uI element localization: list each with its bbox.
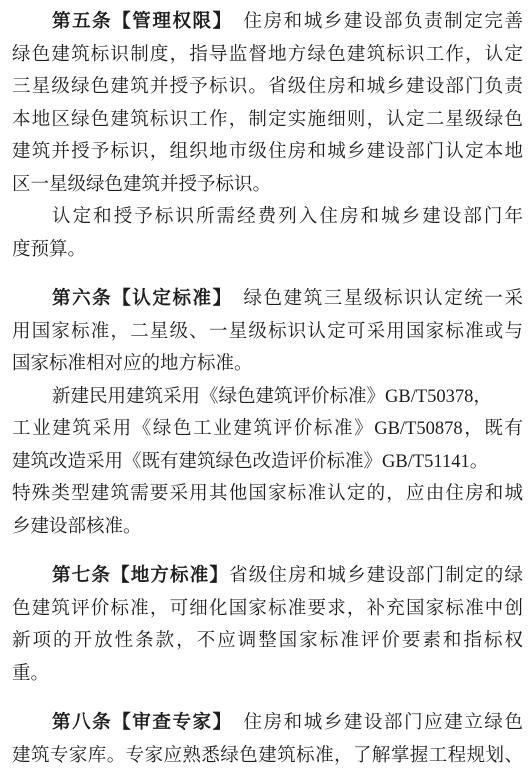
text-line: 区一星级绿色建筑并授予标识。 (12, 169, 523, 202)
article-heading-line: 第五条【管理权限】 住房和城乡建设部负责制定完善 (12, 6, 523, 39)
text-line: 新项的开放性条款，不应调整国家标准评价要素和指标权 (12, 625, 523, 658)
text-line: 重。 (12, 658, 523, 691)
text-line: 工业建筑采用《绿色工业建筑评价标准》GB/T50878，既有 (12, 413, 523, 446)
line-text: 本地区绿色建筑标识工作，制定实施细则，认定二星级绿色 (12, 110, 523, 130)
line-text: 认定和授予标识所需经费列入住房和城乡建设部门年 (52, 207, 523, 227)
article-heading: 第八条【审查专家】 (52, 713, 223, 733)
line-text: 省级住房和城乡建设部门制定的绿 (229, 566, 523, 586)
line-text: 用国家标准，二星级、一星级标识认定可采用国家标准或与 (12, 322, 523, 342)
line-text: 新建民用建筑采用《绿色建筑评价标准》GB/T50378， (52, 387, 492, 407)
line-text: 区一星级绿色建筑并授予标识。 (12, 175, 271, 195)
article-heading-line: 第六条【认定标准】 绿色建筑三星级标识认定统一采 (12, 283, 523, 316)
text-line: 本地区绿色建筑标识工作，制定实施细则，认定二星级绿色 (12, 104, 523, 137)
article-heading-line: 第七条【地方标准】省级住房和城乡建设部门制定的绿 (12, 560, 523, 593)
line-text: 住房和城乡建设部门应建立绿色 (223, 713, 523, 733)
text-line: 新建民用建筑采用《绿色建筑评价标准》GB/T50378， (12, 381, 523, 414)
line-text: 工业建筑采用《绿色工业建筑评价标准》GB/T50878，既有 (12, 419, 523, 439)
line-text: 绿色建筑标识制度，指导监督地方绿色建筑标识工作，认定 (12, 45, 523, 65)
line-text: 三星级绿色建筑并授予标识。省级住房和城乡建设部门负责 (12, 77, 523, 97)
text-line: 用国家标准，二星级、一星级标识认定可采用国家标准或与 (12, 316, 523, 349)
text-line: 建筑专家库。专家应熟悉绿色建筑标准，了解掌握工程规划、 (12, 740, 523, 773)
text-line: 建筑并授予标识，组织地市级住房和城乡建设部门认定本地 (12, 136, 523, 169)
text-line: 绿色建筑标识制度，指导监督地方绿色建筑标识工作，认定 (12, 39, 523, 72)
text-line: 色建筑评价标准，可细化国家标准要求，补充国家标准中创 (12, 593, 523, 626)
article-heading: 第五条【管理权限】 (52, 12, 223, 32)
article-heading: 第七条【地方标准】 (52, 566, 229, 586)
line-text: 住房和城乡建设部负责制定完善 (223, 12, 523, 32)
line-text: 重。 (12, 664, 49, 684)
line-text: 色建筑评价标准，可细化国家标准要求，补充国家标准中创 (12, 599, 523, 619)
line-text: 建筑专家库。专家应熟悉绿色建筑标准，了解掌握工程规划、 (12, 746, 523, 766)
line-text: 度预算。 (12, 240, 86, 260)
text-line: 国家标准相对应的地方标准。 (12, 348, 523, 381)
article-heading-line: 第八条【审查专家】 住房和城乡建设部门应建立绿色 (12, 707, 523, 740)
line-text: 建筑并授予标识，组织地市级住房和城乡建设部门认定本地 (12, 142, 523, 162)
line-text: 建筑改造采用《既有建筑绿色改造评价标准》GB/T51141。 (12, 452, 488, 472)
line-text: 新项的开放性条款，不应调整国家标准评价要素和指标权 (12, 631, 523, 651)
text-line: 乡建设部核准。 (12, 511, 523, 544)
text-line: 建筑改造采用《既有建筑绿色改造评价标准》GB/T51141。 (12, 446, 523, 479)
text-line: 特殊类型建筑需要采用其他国家标准认定的，应由住房和城 (12, 478, 523, 511)
text-line: 三星级绿色建筑并授予标识。省级住房和城乡建设部门负责 (12, 71, 523, 104)
text-line: 度预算。 (12, 234, 523, 267)
text-line: 认定和授予标识所需经费列入住房和城乡建设部门年 (12, 201, 523, 234)
document-page: 第五条【管理权限】 住房和城乡建设部负责制定完善绿色建筑标识制度，指导监督地方绿… (0, 0, 531, 772)
line-text: 特殊类型建筑需要采用其他国家标准认定的，应由住房和城 (12, 484, 523, 504)
line-text: 绿色建筑三星级标识认定统一采 (223, 289, 523, 309)
article-heading: 第六条【认定标准】 (52, 289, 223, 309)
line-text: 国家标准相对应的地方标准。 (12, 354, 253, 374)
line-text: 乡建设部核准。 (12, 517, 142, 537)
document-text: 第五条【管理权限】 住房和城乡建设部负责制定完善绿色建筑标识制度，指导监督地方绿… (12, 6, 523, 772)
